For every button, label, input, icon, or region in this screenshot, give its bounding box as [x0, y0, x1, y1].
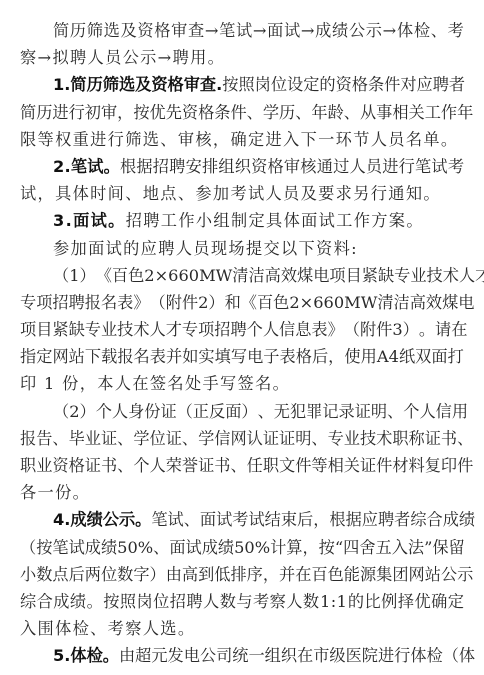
line-char: 网	[230, 425, 246, 452]
line-char: 洁	[394, 289, 410, 316]
line-char: 据	[136, 153, 152, 180]
line-char: 定	[448, 588, 464, 615]
line-char: 职	[263, 452, 279, 479]
line-char: 位	[271, 71, 287, 98]
line-char: 按	[319, 534, 335, 561]
line-char: （	[177, 398, 193, 425]
line-char: 查	[188, 17, 204, 44]
line-char: 色	[273, 289, 289, 316]
line-char: 载	[101, 343, 117, 370]
text-line: （1）《百色 2×660MW 清洁高效煤电项目紧缺专业技术人才	[20, 262, 464, 289]
line-char: 示	[366, 17, 382, 44]
line-char: 从	[360, 99, 376, 126]
line-char: 份	[144, 398, 160, 425]
line-char: 信	[214, 425, 230, 452]
line-char: 考	[253, 588, 269, 615]
line-char: 业	[344, 425, 360, 452]
line-char: 织	[281, 642, 297, 669]
line-char: 6	[313, 289, 323, 316]
line-text: 参加面试的应聘人员现场提交以下资料:	[53, 239, 358, 258]
line-char: 专	[394, 262, 410, 289]
line-char: 通	[317, 153, 333, 180]
line-char: 紧	[362, 262, 378, 289]
line-char: 后	[312, 343, 328, 370]
text-line: 职业资格证书、个人荣誉证书、任职文件等相关证件材料复印件	[20, 452, 464, 479]
text-line: （2）个人身份证（正反面）、无犯罪记录证明、个人信用	[20, 398, 464, 425]
line-char: 、	[457, 425, 473, 452]
section-heading-char: 示	[119, 506, 135, 533]
line-char: 实	[198, 343, 214, 370]
line-char: 证	[85, 452, 101, 479]
line-char: 术	[443, 262, 459, 289]
line-char: 绩	[459, 506, 475, 533]
line-char: 的	[348, 588, 364, 615]
line-char: 2	[144, 262, 154, 289]
line-char: 技	[360, 425, 376, 452]
line-char: 表	[150, 343, 166, 370]
line-char: 使	[344, 343, 360, 370]
line-char: 5	[234, 534, 244, 561]
line-char: 照	[238, 71, 254, 98]
line-char: 0	[189, 262, 199, 289]
line-char: 束	[281, 506, 297, 533]
line-char: 招	[52, 289, 68, 316]
line-char: 3	[392, 316, 402, 343]
line-char: 效	[426, 289, 442, 316]
section-heading-char: 成	[70, 506, 86, 533]
section-heading-char: 5	[53, 642, 64, 669]
line-char: 2	[289, 289, 299, 316]
line-char: 试	[431, 153, 447, 180]
section-heading-char: 试	[87, 153, 103, 180]
line-char: 先	[166, 99, 182, 126]
section-heading-char: 历	[87, 71, 103, 98]
line-char: 个	[247, 316, 263, 343]
line-char: 体	[410, 642, 426, 669]
line-char: 公	[200, 642, 216, 669]
line-char: 纸	[399, 343, 415, 370]
line-char: 业	[85, 425, 101, 452]
line-char: 绩	[218, 534, 234, 561]
line-char: 业	[410, 262, 426, 289]
line-char: 医	[346, 642, 362, 669]
line-char: 面	[200, 506, 216, 533]
line-char: 料	[409, 452, 425, 479]
line-char: 根	[329, 506, 345, 533]
line-char: 、	[295, 99, 311, 126]
line-char: 行	[69, 99, 85, 126]
line-char: 、	[230, 452, 246, 479]
line-char: M	[199, 262, 216, 289]
line-char: 资	[251, 153, 267, 180]
line-char: 条	[368, 71, 384, 98]
line-char: 人	[349, 153, 365, 180]
line-char: 表	[311, 316, 327, 343]
line-char: 业	[101, 316, 117, 343]
line-char: 试	[69, 534, 85, 561]
text-line: 4.成绩公示。笔试、面试考试结束后，根据应聘者综合成绩	[20, 506, 464, 533]
line-text: 印 1 份，本人在签名处手写签名。	[20, 374, 290, 393]
line-char: 、	[117, 452, 133, 479]
line-char: 站	[425, 561, 441, 588]
text-line: 专项招聘报名表》（附件 2）和《百色 2×660MW 清洁高效煤电	[20, 289, 464, 316]
line-char: 四	[343, 534, 359, 561]
line-char: 人	[459, 262, 475, 289]
line-char: 、	[182, 425, 198, 452]
line-char: 高	[410, 289, 426, 316]
line-char: 称	[409, 425, 425, 452]
line-char: 6	[178, 262, 188, 289]
line-char: 两	[85, 561, 101, 588]
line-char: 根	[120, 153, 136, 180]
line-char: 年	[457, 99, 473, 126]
line-char: 》	[133, 289, 149, 316]
line-char: 综	[20, 588, 36, 615]
line-char: 术	[133, 316, 149, 343]
line-char: 结	[265, 506, 281, 533]
line-char: 文	[279, 452, 295, 479]
line-char: 在	[451, 316, 467, 343]
line-char: 人	[150, 316, 166, 343]
line-char: ，	[302, 534, 318, 561]
line-char: 比	[365, 588, 381, 615]
line-char: 格	[198, 99, 214, 126]
line-char: 目	[36, 316, 52, 343]
line-char: 组	[218, 153, 234, 180]
line-char: 清	[377, 289, 393, 316]
line-char: 表	[117, 289, 133, 316]
line-char: 低	[214, 561, 230, 588]
text-line: 项目紧缺专业技术人才专项招聘个人信息表》（附件 3）。请在	[20, 316, 464, 343]
line-char: 试	[284, 17, 300, 44]
text-line: 简历筛选及资格审查→笔试→面试→成绩公示→体检、考	[20, 17, 464, 44]
line-char: 证	[160, 398, 176, 425]
line-char: 材	[392, 452, 408, 479]
section-heading-char: 检	[87, 642, 103, 669]
line-char: 试	[248, 506, 264, 533]
line-char: 洁	[248, 262, 264, 289]
line-char: :	[331, 588, 336, 615]
section-heading-char: 1	[53, 71, 64, 98]
section-heading-char: 。	[103, 642, 119, 669]
line-char: 综	[410, 506, 426, 533]
line-char: 招	[153, 153, 169, 180]
line-char: 初	[85, 99, 101, 126]
line-char: 绩	[332, 17, 348, 44]
line-char: 》	[328, 316, 344, 343]
line-char: 安	[186, 153, 202, 180]
line-char: （	[53, 262, 69, 289]
line-char: 身	[128, 398, 144, 425]
line-char: 无	[274, 398, 290, 425]
line-char: 技	[117, 316, 133, 343]
line-char: ）	[80, 262, 96, 289]
line-char: 煤	[442, 289, 458, 316]
line-char: 名	[134, 343, 150, 370]
line-char: 资	[137, 17, 153, 44]
line-char: →	[253, 17, 267, 44]
line-char: 职	[392, 425, 408, 452]
line-char: （	[344, 316, 360, 343]
line-char: 煤	[297, 262, 313, 289]
line-char: （	[20, 534, 36, 561]
line-char: 术	[376, 425, 392, 452]
line-char: 数	[220, 588, 236, 615]
line-char: 关	[344, 452, 360, 479]
section-heading: 3.面试。	[53, 211, 126, 230]
section-heading-char: 资	[151, 71, 167, 98]
line-char: 《	[241, 289, 257, 316]
line-char: 职	[20, 452, 36, 479]
line-char: 复	[425, 452, 441, 479]
line-char: 书	[101, 452, 117, 479]
line-char: 成	[315, 17, 331, 44]
section-heading-char: 绩	[87, 506, 103, 533]
line-char: 电	[458, 289, 474, 316]
line-char: 法	[408, 534, 424, 561]
line-char: 才	[475, 262, 484, 289]
line-char: ）	[80, 398, 96, 425]
line-char: 双	[415, 343, 431, 370]
line-char: 表	[280, 343, 296, 370]
line-char: M	[344, 289, 361, 316]
line-char: 点	[52, 561, 68, 588]
line-char: 证	[355, 398, 371, 425]
line-char: 等	[311, 452, 327, 479]
line-char: 岗	[136, 588, 152, 615]
line-char: ，	[328, 343, 344, 370]
line-char: ，	[117, 99, 133, 126]
line-char: 面	[267, 17, 283, 44]
line-char: 高	[182, 561, 198, 588]
line-char: 录	[339, 398, 355, 425]
line-char: （	[150, 289, 166, 316]
line-char: 资	[182, 99, 198, 126]
line-char: 历	[36, 99, 52, 126]
line-char: 0	[127, 534, 137, 561]
line-char: 件	[457, 452, 473, 479]
line-char: 确	[431, 588, 447, 615]
line-char: 试	[236, 17, 252, 44]
line-char: 位	[101, 561, 117, 588]
line-char: 市	[313, 642, 329, 669]
section-heading-char: 筛	[103, 71, 119, 98]
line-char: 件	[182, 289, 198, 316]
line-char: 数	[36, 561, 52, 588]
line-char: 百	[112, 262, 128, 289]
line-char: 网	[409, 561, 425, 588]
line-char: 用	[361, 343, 377, 370]
line-char: 按	[222, 71, 238, 98]
line-char: 证	[279, 425, 295, 452]
line-char: 1	[320, 588, 330, 615]
line-char: ）	[403, 316, 419, 343]
line-char: ”	[424, 534, 432, 561]
line-char: 聘	[186, 588, 202, 615]
line-char: 历	[279, 99, 295, 126]
line-char: 定	[36, 343, 52, 370]
line-char: 集	[376, 561, 392, 588]
line-char: 选	[104, 17, 120, 44]
line-char: 进	[382, 153, 398, 180]
line-char: 员	[366, 153, 382, 180]
section-heading-char: 及	[135, 71, 151, 98]
section-heading-char: 体	[70, 642, 86, 669]
line-char: 信	[436, 398, 452, 425]
line-char: →	[383, 17, 397, 44]
line-char: 入	[392, 534, 408, 561]
line-char: 察	[270, 588, 286, 615]
line-char: 并	[166, 343, 182, 370]
line-char: 学	[133, 425, 149, 452]
line-char: 学	[198, 425, 214, 452]
line-char: 、	[184, 506, 200, 533]
line-char: →	[205, 17, 219, 44]
line-char: 源	[360, 561, 376, 588]
line-char: →	[301, 17, 315, 44]
line-char: 示	[457, 561, 473, 588]
line-char: 正	[193, 398, 209, 425]
line-char: 专	[182, 316, 198, 343]
line-char: 项	[20, 316, 36, 343]
line-char: 反	[209, 398, 225, 425]
line-char: 打	[448, 343, 464, 370]
line-char: 0	[334, 289, 344, 316]
line-char: 证	[198, 452, 214, 479]
line-char: 者	[394, 506, 410, 533]
line-char: 合	[427, 506, 443, 533]
line-char: 关	[409, 99, 425, 126]
line-char: 、	[153, 534, 169, 561]
line-char: 小	[20, 561, 36, 588]
line-char: 荣	[166, 452, 182, 479]
line-char: 据	[346, 506, 362, 533]
line-char: 认	[247, 425, 263, 452]
line-char: 审	[284, 153, 300, 180]
line-char: 元	[151, 642, 167, 669]
line-char: 后	[297, 506, 313, 533]
line-char: 技	[427, 262, 443, 289]
section-heading-char: 。	[135, 506, 151, 533]
line-char: 排	[230, 561, 246, 588]
line-char: 业	[36, 452, 52, 479]
line-char: 聘	[230, 316, 246, 343]
line-char: 、	[431, 17, 447, 44]
line-char: 审	[101, 99, 117, 126]
line-char: 行	[399, 153, 415, 180]
line-char: 在	[295, 561, 311, 588]
line-char: 证	[101, 425, 117, 452]
line-char: 笔	[219, 17, 235, 44]
line-char: 简	[20, 99, 36, 126]
section-heading-char: 笔	[71, 153, 87, 180]
line-char: W	[361, 289, 378, 316]
line-char: 面	[169, 534, 185, 561]
text-line: 简历进行初审，按优先资格条件、学历、年龄、从事相关工作年	[20, 99, 464, 126]
line-char: 明	[295, 425, 311, 452]
line-char: 发	[168, 642, 184, 669]
line-char: 在	[297, 642, 313, 669]
line-char: 5	[117, 534, 127, 561]
line-char: 资	[52, 452, 68, 479]
line-char: 格	[268, 153, 284, 180]
line-text: 限等权重进行筛选、审核，确定进入下一环节人员名单。	[20, 130, 458, 149]
line-char: %	[255, 534, 270, 561]
line-char: %	[138, 534, 153, 561]
line-char: 成	[202, 534, 218, 561]
line-char: 例	[381, 588, 397, 615]
line-char: 项	[329, 262, 345, 289]
section-heading-char: 简	[70, 71, 86, 98]
line-char: 件	[295, 452, 311, 479]
line-char: ）	[208, 289, 224, 316]
line-char: 目	[346, 262, 362, 289]
text-line: 小数点后两位数字）由高到低排序，并在百色能源集团网站公示	[20, 561, 464, 588]
line-char: 1	[337, 588, 347, 615]
line-char: 合	[37, 588, 53, 615]
line-char: 后	[69, 561, 85, 588]
line-char: 高	[265, 262, 281, 289]
line-char: 6	[324, 289, 334, 316]
line-char: 留	[449, 534, 465, 561]
line-char: 缺	[378, 262, 394, 289]
line-char: 试	[168, 506, 184, 533]
line-char: 名	[101, 289, 117, 316]
line-char: 字	[133, 561, 149, 588]
line-char: 面	[225, 398, 241, 425]
line-char: 级	[329, 642, 345, 669]
line-char: 计	[270, 534, 286, 561]
document-page: 简历筛选及资格审查→笔试→面试→成绩公示→体检、考 察→拟聘人员公示→聘用。 1…	[20, 17, 464, 670]
line-char: 进	[378, 642, 394, 669]
line-char: 龄	[328, 99, 344, 126]
text-line: 限等权重进行筛选、审核，确定进入下一环节人员名单。	[20, 126, 464, 153]
line-char: 4	[389, 343, 399, 370]
line-char: 证	[263, 425, 279, 452]
text-line: 察→拟聘人员公示→聘用。	[20, 44, 464, 71]
line-char: 一	[248, 642, 264, 669]
line-char: 件	[376, 452, 392, 479]
line-char: 行	[394, 642, 410, 669]
line-char: 色	[328, 561, 344, 588]
line-char: A	[377, 343, 389, 370]
line-char: 由	[166, 561, 182, 588]
line-char: 《	[96, 262, 112, 289]
line-char: 定	[303, 71, 319, 98]
line-char: 与	[236, 588, 252, 615]
line-char: 件	[376, 316, 392, 343]
line-char: 五	[376, 534, 392, 561]
line-char: 印	[441, 452, 457, 479]
line-char: 项	[36, 289, 52, 316]
line-char: 核	[300, 153, 316, 180]
section-heading-char: 2	[53, 153, 64, 180]
line-char: 罪	[306, 398, 322, 425]
line-char: 明	[371, 398, 387, 425]
line-char: 人	[203, 588, 219, 615]
line-char: 用	[452, 398, 468, 425]
line-char: 排	[202, 153, 218, 180]
line-char: 百	[257, 289, 273, 316]
line-char: 应	[362, 506, 378, 533]
line-char: 设	[287, 71, 303, 98]
line-char: 舍	[359, 534, 375, 561]
line-char: 紧	[52, 316, 68, 343]
line-char: 和	[225, 289, 241, 316]
line-char: 优	[150, 99, 166, 126]
line-char: 笔	[415, 153, 431, 180]
line-char: 院	[362, 642, 378, 669]
